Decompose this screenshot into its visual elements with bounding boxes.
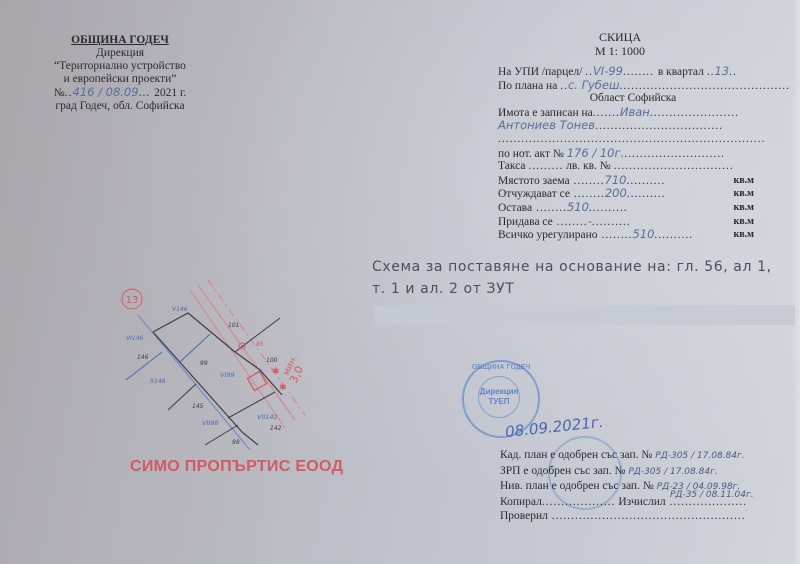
upi-label: На УПИ /парцел/	[498, 66, 582, 78]
document-number: №..416 / 08.09... 2021 г.	[30, 86, 210, 100]
area-unit: кв.м	[734, 201, 754, 215]
directorate-label: Дирекция	[30, 47, 210, 60]
area-row: Мястото заема ........710..........кв.м	[498, 174, 768, 188]
blank-row: ........................................…	[498, 133, 768, 147]
svg-text:✱: ✱	[279, 383, 287, 393]
owner-row-2: Антониев Тонев..........................…	[498, 119, 768, 133]
svg-text:VII98: VII98	[202, 419, 219, 427]
svg-text:VI99: VI99	[220, 371, 235, 379]
note-line-1: Схема за поставяне на основание на: гл. …	[372, 256, 792, 278]
stamp-center-line-1: Дирекция	[479, 387, 519, 397]
area-rows: Мястото заема ........710..........кв.мО…	[498, 174, 768, 242]
svg-text:101: 101	[228, 322, 239, 329]
paper-edge	[792, 0, 800, 564]
redacted-strip	[375, 305, 795, 325]
number-prefix: №	[54, 87, 65, 99]
area-row: Отчуждават се ........200..........кв.м	[498, 187, 768, 201]
area-value: 510	[567, 200, 589, 214]
area-value: 710	[605, 173, 627, 187]
niv-plan-label: Нив. план е одобрен със зап. №	[500, 480, 654, 492]
stamp-center-line-2: ТУЕП	[479, 397, 519, 407]
niv-plan-value-2: РД-35 / 08.11.04г.	[670, 488, 754, 503]
copied-row: Копирал................... Изчислил ....…	[500, 495, 780, 510]
sketch-title-block: СКИЦА М 1: 1000	[580, 30, 660, 58]
area-row: Остава ........510..........кв.м	[498, 201, 768, 215]
region-row: Област Софийска	[498, 92, 768, 106]
upi-row: На УПИ /парцел/ ..VI-99........ в кварта…	[498, 65, 768, 79]
sketch-scale: М 1: 1000	[580, 44, 660, 58]
owner-label: Имота е записан на	[498, 107, 593, 119]
directorate-name-1: “Териториално устройство	[30, 60, 210, 73]
checked-row: Проверил ...............................…	[500, 509, 780, 524]
kvartal-value: 13	[714, 64, 729, 78]
checked-label: Проверил	[500, 510, 548, 522]
block-number: 13	[126, 295, 139, 306]
area-row: Придава се ........-..........кв.м	[498, 215, 768, 229]
area-unit: кв.м	[734, 174, 754, 188]
area-unit: кв.м	[734, 228, 754, 242]
plan-value: с. Губеш	[568, 78, 620, 92]
svg-text:146: 146	[137, 354, 149, 361]
property-form: На УПИ /парцел/ ..VI-99........ в кварта…	[498, 65, 768, 242]
stamp-ring-text: ОБЩИНА ГОДЕЧ	[464, 364, 538, 371]
fee-row: Такса ......... лв. кв. № ..............…	[498, 160, 768, 174]
copied-label: Копирал	[500, 496, 542, 508]
svg-text:✱: ✱	[272, 367, 280, 377]
area-label: Всичко урегулирано	[498, 229, 598, 241]
plan-label: По плана на	[498, 80, 557, 92]
handwritten-note: Схема за поставяне на основание на: гл. …	[372, 256, 792, 300]
stamp-center: Дирекция ТУЕП	[478, 376, 520, 418]
fee-label: Такса	[498, 160, 526, 172]
plan-row: По плана на ..с. Губеш..................…	[498, 79, 768, 93]
area-label: Остава	[498, 202, 532, 214]
deed-value: 176 / 10г.	[567, 146, 624, 160]
approvals-block: Кад. план е одобрен със зап. № РД-305 / …	[500, 448, 780, 524]
svg-text:100: 100	[266, 357, 278, 364]
kad-plan-value: РД-305 / 17.08.84г.	[655, 451, 744, 461]
zrp-label: ЗРП е одобрен със зап. №	[500, 465, 625, 477]
municipality-name: ОБЩИНА ГОДЕЧ	[30, 34, 210, 47]
kad-plan-row: Кад. план е одобрен със зап. № РД-305 / …	[500, 448, 780, 464]
svg-text:98: 98	[232, 439, 240, 446]
sketch-title: СКИЦА	[580, 30, 660, 44]
note-line-2: т. 1 и ал. 2 от ЗУТ	[372, 278, 792, 300]
area-label: Придава се	[498, 216, 553, 228]
city-line: град Годеч, обл. Софийска	[30, 100, 210, 113]
svg-text:142: 142	[270, 425, 282, 432]
deed-label: по нот. акт №	[498, 148, 564, 160]
number-value: 416 / 08.09	[73, 85, 139, 99]
svg-text:VI146: VI146	[126, 335, 144, 342]
area-label: Мястото заема	[498, 175, 570, 187]
svg-text:VII142: VII142	[257, 413, 278, 421]
area-label: Отчуждават се	[498, 188, 570, 200]
kvartal-label: в квартал	[658, 66, 704, 78]
deed-row: по нот. акт № 176 / 10г.................…	[498, 147, 768, 161]
svg-text:99: 99	[200, 360, 208, 367]
computed-label: Изчислил	[618, 496, 665, 508]
svg-text:X146: X146	[149, 378, 166, 385]
cadastral-sketch: 13 ✱ ✱ 85 мин. 3,0 V146 VI146 X146 VI99 …	[110, 280, 330, 450]
area-value: 510	[632, 227, 654, 241]
owner-value-2: Антониев Тонев	[498, 118, 595, 132]
area-unit: кв.м	[734, 187, 754, 201]
label-85: 85	[256, 341, 264, 348]
owner-value-1: Иван	[620, 105, 650, 119]
issuer-header: ОБЩИНА ГОДЕЧ Дирекция “Териториално устр…	[30, 34, 210, 113]
zrp-row: ЗРП е одобрен със зап. № РД-305 / 17.08.…	[500, 464, 780, 480]
svg-text:145: 145	[192, 403, 204, 410]
area-value: 200	[605, 186, 627, 200]
owner-row: Имота е записан на.......Иван...........…	[498, 106, 768, 120]
kad-plan-label: Кад. план е одобрен със зап. №	[500, 449, 652, 461]
area-row: Всичко урегулирано ........510..........…	[498, 228, 768, 242]
area-unit: кв.м	[734, 215, 754, 229]
fee-mid-label: лв. кв. №	[566, 160, 611, 172]
sketch-drawing: 13 ✱ ✱ 85 мин. 3,0 V146 VI146 X146 VI99 …	[110, 280, 330, 450]
zrp-value: РД-305 / 17.08.84г.	[628, 467, 717, 477]
upi-value: VI-99	[593, 64, 623, 78]
svg-text:V146: V146	[172, 306, 188, 313]
number-year: 2021 г.	[154, 87, 186, 99]
company-watermark: СИМО ПРОПЪРТИС ЕООД	[130, 458, 343, 476]
